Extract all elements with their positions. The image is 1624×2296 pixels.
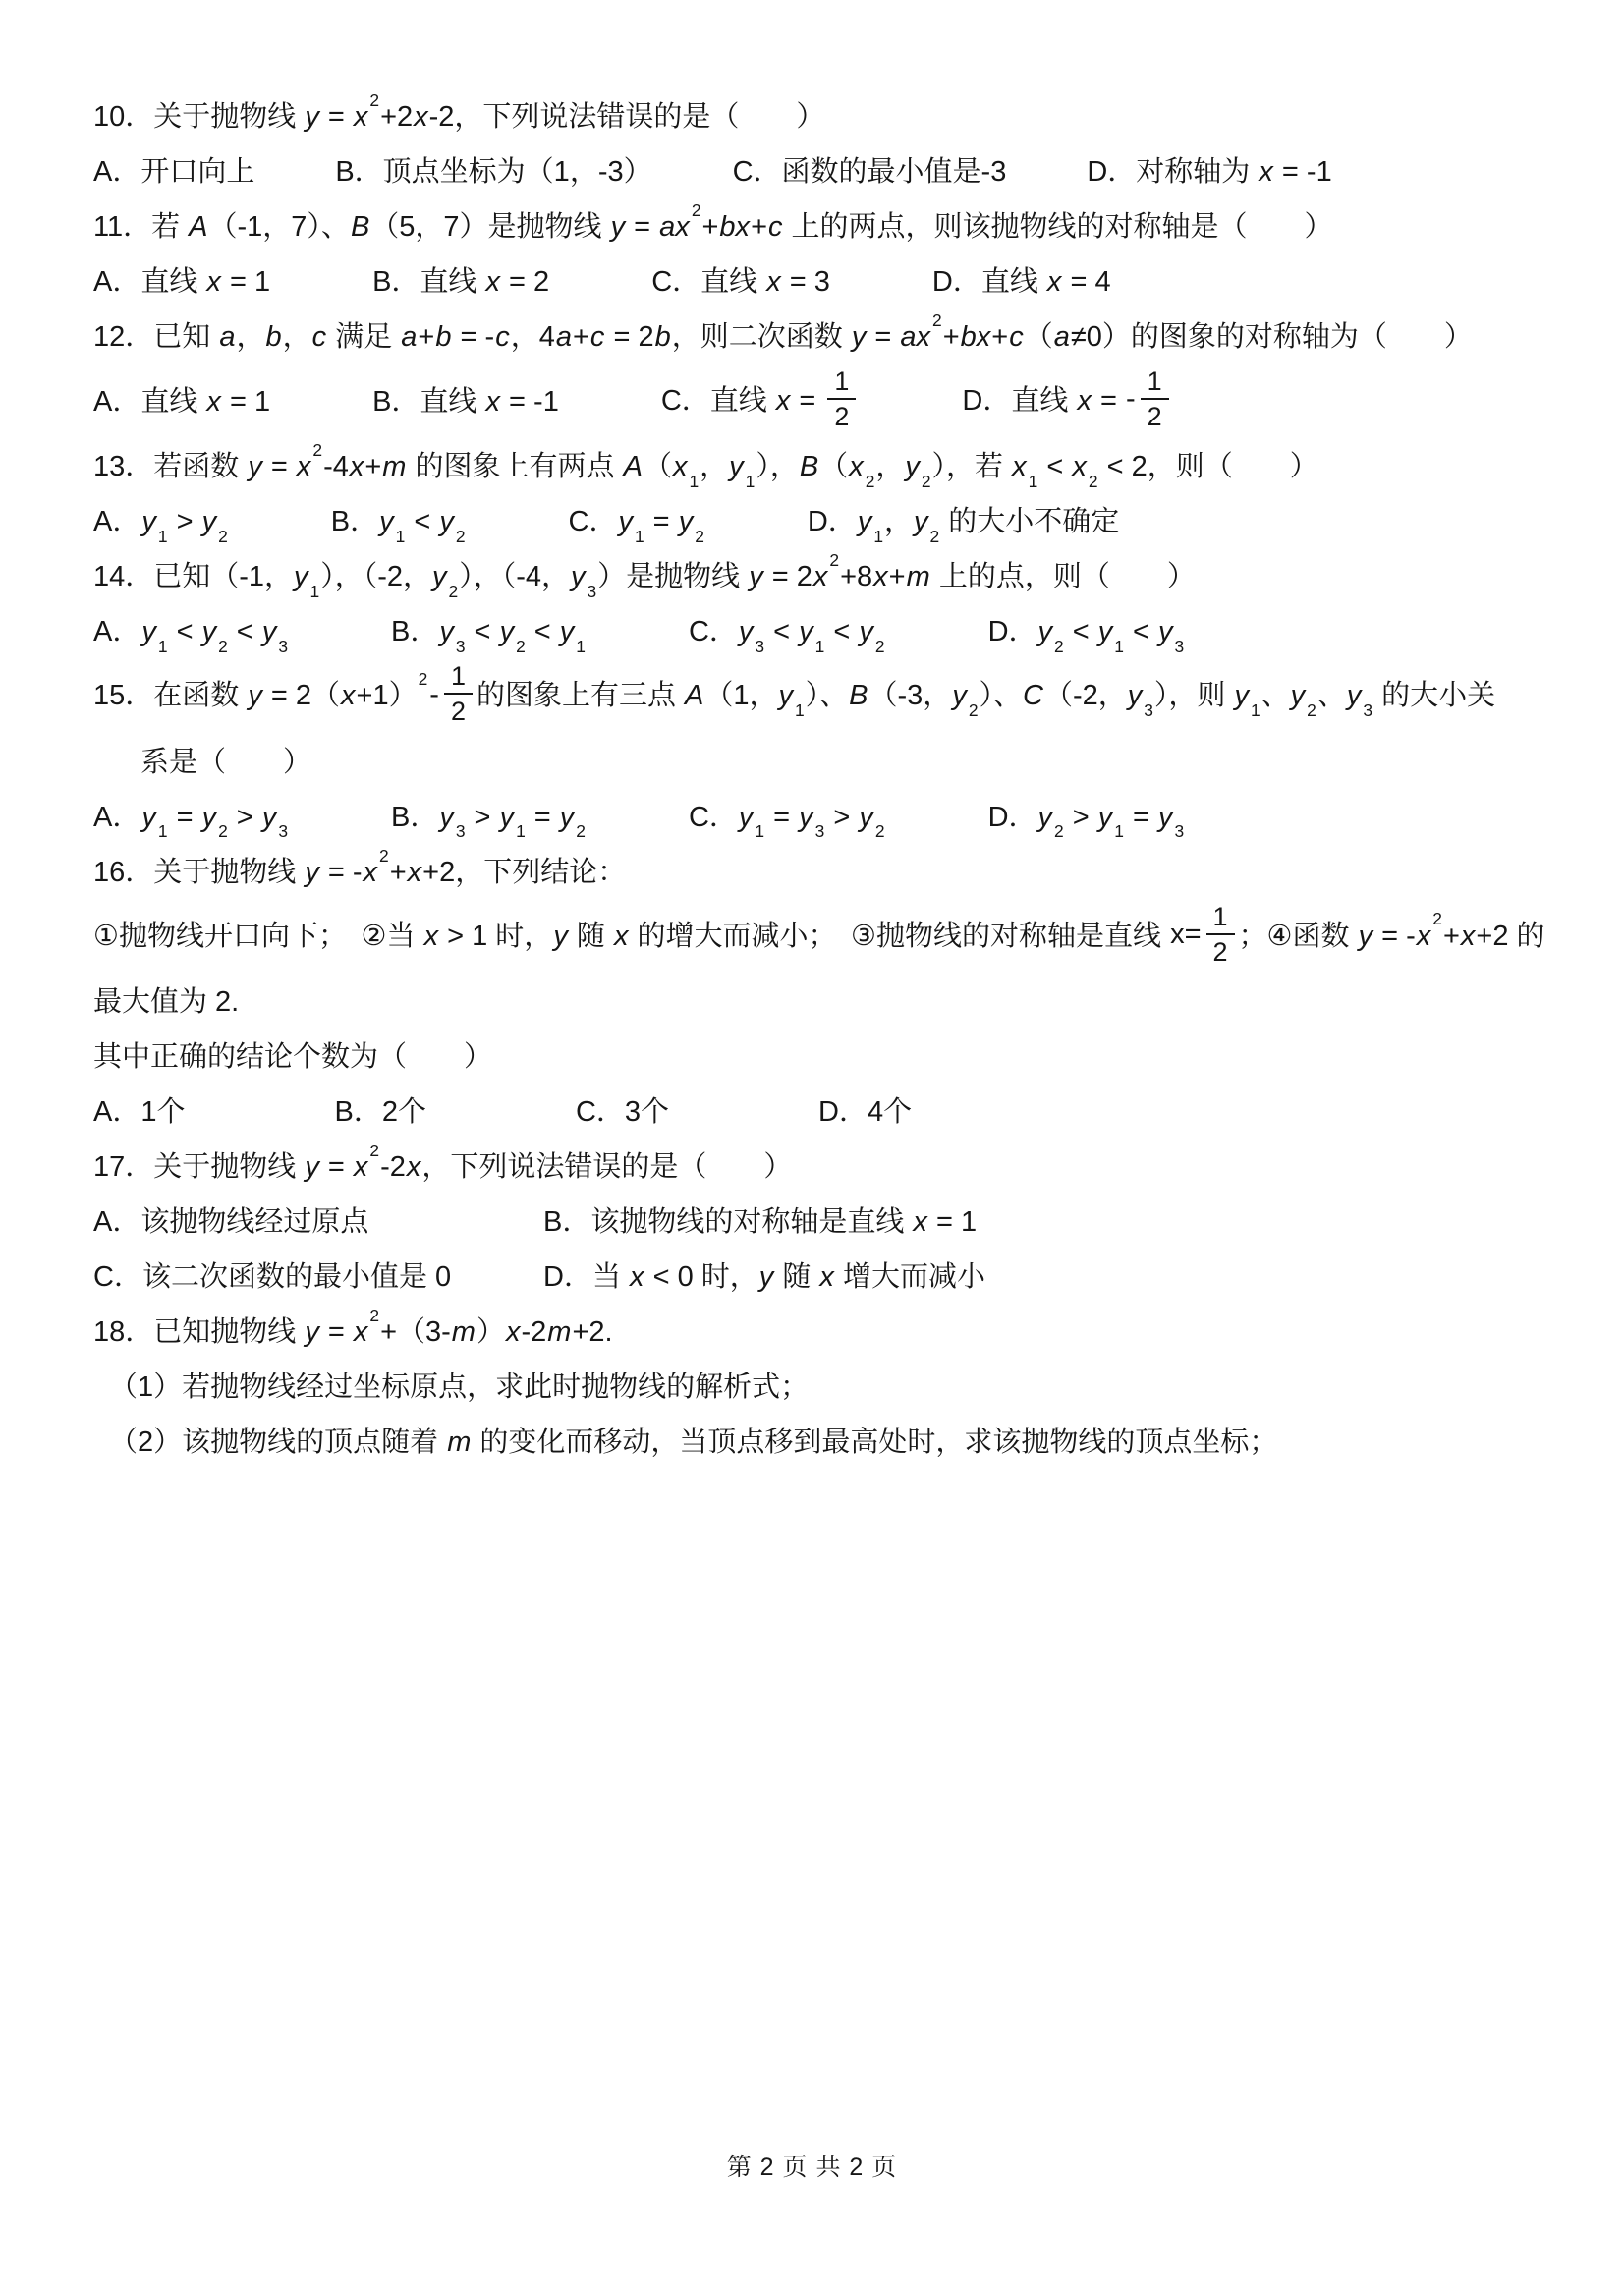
question-18-part-1: （1）若抛物线经过坐标原点，求此时抛物线的解析式；	[109, 1365, 1547, 1410]
question-13: 13．若函数 y = x2-4x+m 的图象上有两点 A（x1，y1），B（x2…	[93, 444, 1547, 544]
question-13-option-b: B．y1 < y2	[331, 499, 467, 544]
question-17-options-row-2: C．该二次函数的最小值是 0 D．当 x < 0 时，y 随 x 增大而减小	[93, 1255, 1547, 1300]
question-12-option-b: B．直线 x = -1	[372, 379, 559, 424]
question-10-option-b: B．顶点坐标为（1，-3）	[335, 149, 651, 195]
question-17-option-a: A．该抛物线经过原点	[93, 1200, 543, 1245]
question-15: 15．在函数 y = 2（x+1）2-12的图象上有三点 A（1，y1）、B（-…	[93, 664, 1547, 839]
question-13-option-a: A．y1 > y2	[93, 499, 229, 544]
question-15-option-b: B．y3 > y1 = y2	[391, 795, 587, 840]
question-10-stem: 10．关于抛物线 y = x2+2x-2，下列说法错误的是（ ）	[93, 94, 1547, 140]
page-number: 第 2 页 共 2 页	[0, 2148, 1624, 2183]
question-17-stem: 17．关于抛物线 y = x2-2x，下列说法错误的是（ ）	[93, 1145, 1547, 1190]
question-16-conclusions-continued: 最大值为 2.	[93, 980, 1547, 1025]
question-13-stem: 13．若函数 y = x2-4x+m 的图象上有两点 A（x1，y1），B（x2…	[93, 444, 1547, 489]
question-18-part-2: （2）该抛物线的顶点随着 m 的变化而移动，当顶点移到最高处时，求该抛物线的顶点…	[109, 1420, 1547, 1465]
question-14-options: A．y1 < y2 < y3 B．y3 < y2 < y1 C．y3 < y1 …	[93, 609, 1547, 654]
question-15-option-c: C．y1 = y3 > y2	[689, 795, 886, 840]
question-14-option-d: D．y2 < y1 < y3	[988, 609, 1186, 654]
question-11-option-d: D．直线 x = 4	[932, 259, 1111, 305]
question-11-option-b: B．直线 x = 2	[372, 259, 549, 305]
question-16-option-a: A．1个	[93, 1090, 185, 1135]
question-13-option-d: D．y1，y2 的大小不确定	[808, 499, 1119, 544]
question-14-option-b: B．y3 < y2 < y1	[391, 609, 587, 654]
question-14-option-a: A．y1 < y2 < y3	[93, 609, 289, 654]
question-16-option-b: B．2个	[334, 1090, 425, 1135]
question-15-option-a: A．y1 = y2 > y3	[93, 795, 289, 840]
question-16-option-d: D．4个	[818, 1090, 912, 1135]
question-13-options: A．y1 > y2 B．y1 < y2 C．y1 = y2 D．y1，y2 的大…	[93, 499, 1547, 544]
question-14: 14．已知（-1，y1），（-2，y2），（-4，y3）是抛物线 y = 2x2…	[93, 554, 1547, 654]
question-16-stem: 16．关于抛物线 y = -x2+x+2，下列结论：	[93, 850, 1547, 895]
question-16-options: A．1个 B．2个 C．3个 D．4个	[93, 1090, 1547, 1135]
question-17-option-c: C．该二次函数的最小值是 0	[93, 1255, 543, 1300]
question-16-conclusions: ①抛物线开口向下； ②当 x > 1 时，y 随 x 的增大而减小； ③抛物线的…	[93, 905, 1547, 970]
question-13-option-c: C．y1 = y2	[569, 499, 705, 544]
question-11: 11．若 A（-1，7）、B（5，7）是抛物线 y = ax2+bx+c 上的两…	[93, 204, 1547, 305]
question-16-prompt: 其中正确的结论个数为（ ）	[93, 1035, 1547, 1080]
question-12-option-c: C．直线 x = 12	[661, 369, 861, 434]
question-12-option-d: D．直线 x = -12	[962, 369, 1172, 434]
question-12-options: A．直线 x = 1 B．直线 x = -1 C．直线 x = 12 D．直线 …	[93, 369, 1547, 434]
question-10-option-a: A．开口向上	[93, 149, 254, 195]
question-11-stem: 11．若 A（-1，7）、B（5，7）是抛物线 y = ax2+bx+c 上的两…	[93, 204, 1547, 250]
question-11-option-a: A．直线 x = 1	[93, 259, 270, 305]
question-16: 16．关于抛物线 y = -x2+x+2，下列结论： ①抛物线开口向下； ②当 …	[93, 850, 1547, 1135]
question-18-stem: 18．已知抛物线 y = x2+（3-m）x-2m+2.	[93, 1310, 1547, 1355]
question-17: 17．关于抛物线 y = x2-2x，下列说法错误的是（ ） A．该抛物线经过原…	[93, 1145, 1547, 1300]
question-11-options: A．直线 x = 1 B．直线 x = 2 C．直线 x = 3 D．直线 x …	[93, 259, 1547, 305]
exam-page: 10．关于抛物线 y = x2+2x-2，下列说法错误的是（ ） A．开口向上 …	[0, 0, 1624, 2296]
question-14-option-c: C．y3 < y1 < y2	[689, 609, 886, 654]
question-10-option-d: D．对称轴为 x = -1	[1087, 149, 1331, 195]
question-16-option-c: C．3个	[576, 1090, 669, 1135]
question-10-options: A．开口向上 B．顶点坐标为（1，-3） C．函数的最小值是-3 D．对称轴为 …	[93, 149, 1547, 195]
question-15-option-d: D．y2 > y1 = y3	[988, 795, 1186, 840]
question-14-stem: 14．已知（-1，y1），（-2，y2），（-4，y3）是抛物线 y = 2x2…	[93, 554, 1547, 599]
question-17-option-d: D．当 x < 0 时，y 随 x 增大而减小	[543, 1255, 985, 1300]
question-10: 10．关于抛物线 y = x2+2x-2，下列说法错误的是（ ） A．开口向上 …	[93, 94, 1547, 195]
question-11-option-c: C．直线 x = 3	[651, 259, 830, 305]
question-12-stem: 12．已知 a，b，c 满足 a+b = -c，4a+c = 2b，则二次函数 …	[93, 314, 1547, 360]
question-10-option-c: C．函数的最小值是-3	[733, 149, 1007, 195]
exam-content: 10．关于抛物线 y = x2+2x-2，下列说法错误的是（ ） A．开口向上 …	[93, 94, 1547, 1475]
question-12-option-a: A．直线 x = 1	[93, 379, 270, 424]
question-15-stem-continued: 系是（ ）	[140, 740, 1547, 785]
question-15-stem: 15．在函数 y = 2（x+1）2-12的图象上有三点 A（1，y1）、B（-…	[93, 664, 1547, 729]
question-18: 18．已知抛物线 y = x2+（3-m）x-2m+2. （1）若抛物线经过坐标…	[93, 1310, 1547, 1465]
question-17-option-b: B．该抛物线的对称轴是直线 x = 1	[543, 1200, 977, 1245]
question-12: 12．已知 a，b，c 满足 a+b = -c，4a+c = 2b，则二次函数 …	[93, 314, 1547, 434]
question-15-options: A．y1 = y2 > y3 B．y3 > y1 = y2 C．y1 = y3 …	[93, 795, 1547, 840]
question-17-options-row-1: A．该抛物线经过原点 B．该抛物线的对称轴是直线 x = 1	[93, 1200, 1547, 1245]
